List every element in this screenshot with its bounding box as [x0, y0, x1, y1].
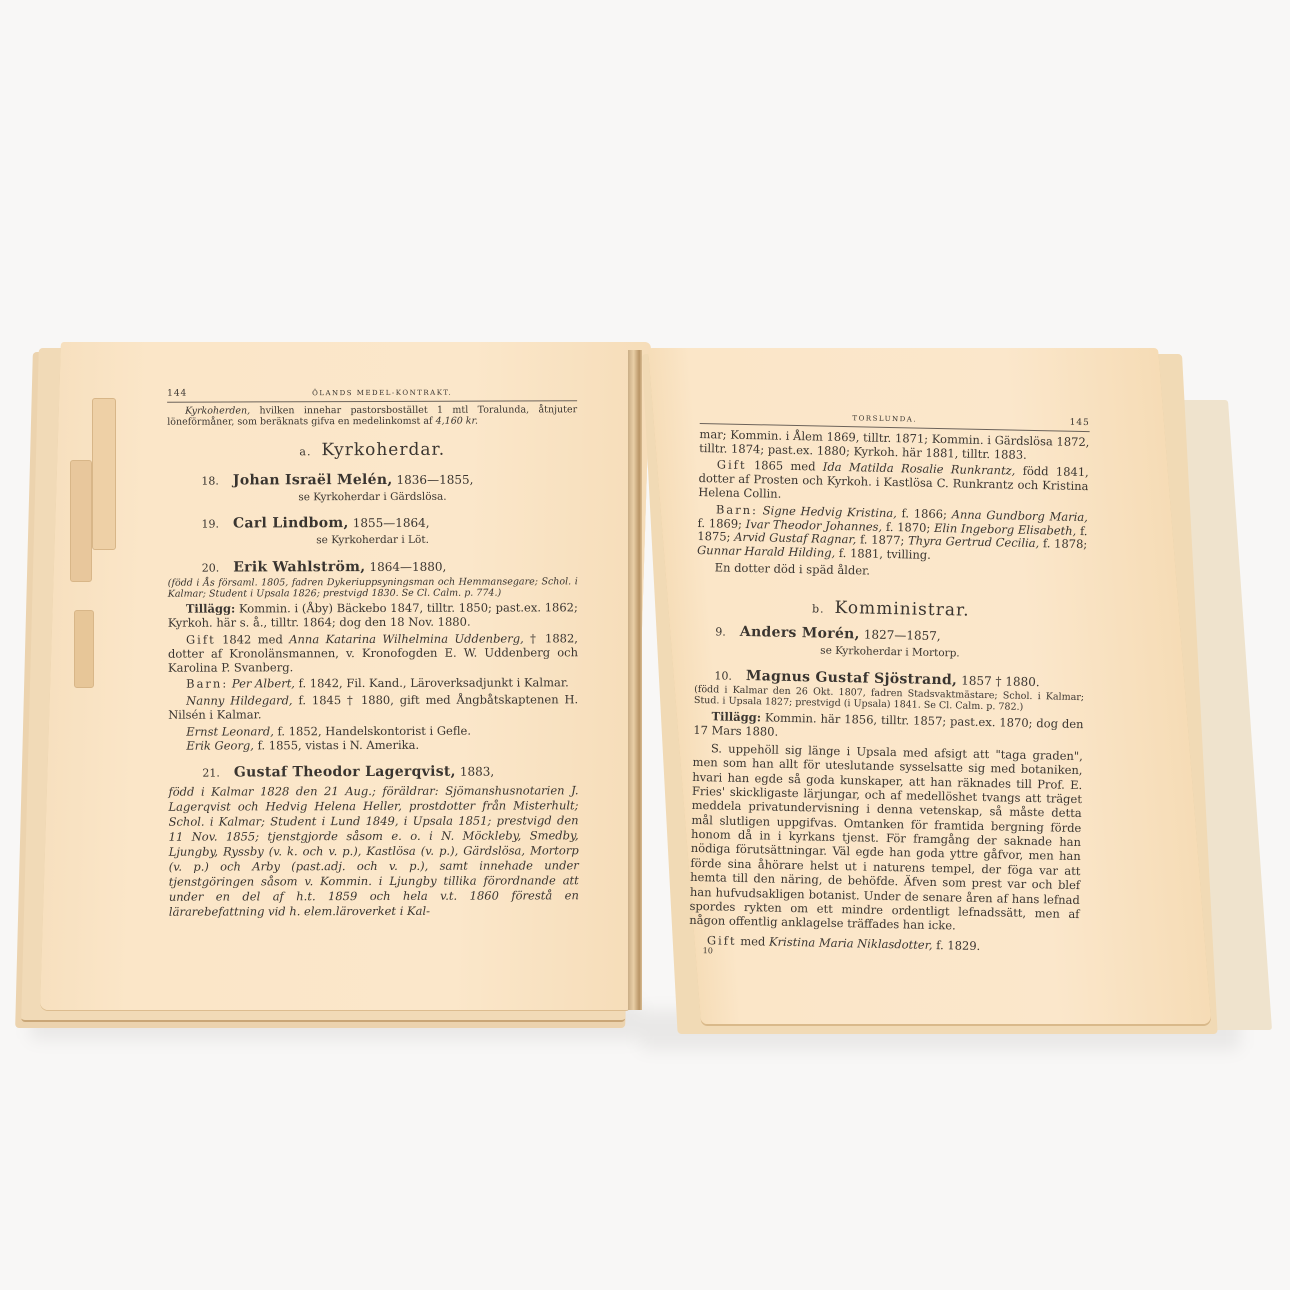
wife-name: Kristina Maria Niklasdotter, — [769, 934, 933, 951]
tillagg-label: Tillägg: — [186, 602, 236, 616]
child-text: f. 1878; — [1039, 537, 1087, 552]
left-page-text: 144 ÖLANDS MEDEL-KONTRAKT. Kyrkoherden, … — [167, 387, 579, 922]
child-entry: Nanny Hildegard, f. 1845 † 1880, gift me… — [168, 694, 578, 723]
entry-name: Anders Morén, — [740, 624, 860, 643]
gift-text: 1842 med — [216, 632, 290, 646]
entry-biography: född i Kalmar 1828 den 21 Aug.; föräldra… — [168, 784, 578, 920]
entry-heading: 20.Erik Wahlström,1864—1880, — [168, 558, 578, 576]
entry-years: 1836—1855, — [396, 473, 473, 487]
entry-heading: 19.Carl Lindbom,1855—1864, — [168, 515, 578, 533]
left-running-head: 144 ÖLANDS MEDEL-KONTRAKT. — [167, 387, 577, 402]
child-text: f. 1881, tvilling. — [835, 546, 931, 562]
tillagg-paragraph: Tillägg: Kommin. här 1856, tilltr. 1857;… — [693, 710, 1083, 746]
right-page-text: TORSLUNDA. 145 mar; Kommin. i Ålem 1869,… — [689, 410, 1090, 964]
child-text: f. 1869; — [697, 516, 745, 531]
page-number: 144 — [167, 389, 187, 400]
child-text: f. 1852, Handelskontorist i Gefle. — [274, 723, 471, 738]
entry-years: 1827—1857, — [864, 628, 941, 644]
entry-name: Erik Wahlström, — [233, 559, 365, 575]
marriage-paragraph: Gift 1865 med Ida Matilda Rosalie Runkra… — [698, 458, 1089, 508]
gift-text: f. 1829. — [932, 938, 980, 953]
gift-label: Gift — [717, 458, 747, 473]
child-text: f. 1870; — [882, 519, 934, 534]
intro-amount: 4,160 kr. — [436, 415, 479, 426]
gift-text: med — [737, 934, 770, 949]
child-entry: Erik Georg, f. 1855, vistas i N. Amerika… — [168, 738, 578, 753]
entry-cross-reference: se Kyrkoherdar i Löt. — [168, 534, 578, 548]
entry-name: Johan Israël Melén, — [233, 472, 393, 489]
child-name: Ernst Leonard, — [186, 724, 274, 738]
entry-number: 19. — [202, 518, 220, 531]
entry-years: 1855—1864, — [353, 516, 430, 530]
entry-number: 9. — [715, 626, 726, 639]
section-letter: b. — [812, 602, 825, 615]
wife-name: Anna Katarina Wilhelmina Uddenberg, — [289, 632, 524, 647]
section-letter: a. — [299, 445, 311, 458]
entry-heading: 21.Gustaf Theodor Lagerqvist,1883, — [168, 764, 578, 782]
section-title: Kyrkoherdar. — [321, 439, 445, 459]
entry-biography: (född i Ås församl. 1805, fadren Dykeriu… — [168, 577, 578, 600]
child-text: f. 1842, Fil. Kand., Läroverksadjunkt i … — [295, 676, 569, 691]
entry-number: 18. — [201, 475, 219, 488]
running-title: TORSLUNDA. — [852, 414, 917, 424]
entry-name: Carl Lindbom, — [233, 516, 349, 532]
running-title: ÖLANDS MEDEL-KONTRAKT. — [312, 389, 452, 398]
child-name: Nanny Hildegard, — [186, 694, 292, 708]
entry-heading: 18.Johan Israël Melén,1836—1855, — [167, 471, 577, 489]
entry-name: Gustaf Theodor Lagerqvist, — [234, 764, 456, 781]
intro-paragraph: Kyrkoherden, hvilken innehar pastorsbost… — [167, 405, 577, 428]
entry-cross-reference: se Kyrkoherdar i Gärdslösa. — [167, 490, 577, 504]
entry-number: 20. — [202, 561, 220, 574]
entry-number: 21. — [202, 767, 220, 780]
section-title: Komministrar. — [834, 598, 969, 621]
entry-years: 1864—1880, — [369, 560, 446, 574]
child-text: f. 1877; — [856, 533, 908, 548]
marriage-paragraph: Gift 1842 med Anna Katarina Wilhelmina U… — [168, 632, 578, 675]
child-text: f. 1866; — [897, 506, 952, 521]
section-heading: b.Komministrar. — [696, 595, 1086, 624]
section-heading: a.Kyrkoherdar. — [167, 439, 577, 461]
tillagg-paragraph: Tillägg: Kommin. i (Åby) Bäckebo 1847, t… — [168, 602, 578, 631]
torn-page-edges — [70, 390, 130, 690]
child-name: Gunnar Harald Hilding, — [697, 543, 835, 560]
entry-number: 10. — [714, 669, 732, 682]
barn-label: Barn: — [716, 502, 758, 517]
tillagg-label: Tillägg: — [711, 709, 761, 724]
gift-label: Gift — [186, 633, 216, 647]
entry-years: 1883, — [460, 765, 494, 779]
entry-years: 1857 † 1880. — [961, 673, 1040, 689]
barn-label: Barn: — [186, 677, 228, 691]
children-paragraph: Barn: Per Albert, f. 1842, Fil. Kand., L… — [168, 677, 578, 692]
page-number: 145 — [1070, 418, 1090, 429]
narrative-paragraph: S. uppehöll sig länge i Upsala med afsig… — [689, 741, 1083, 936]
intro-italic: Kyrkoherden, — [185, 405, 250, 416]
gift-label: Gift — [707, 933, 737, 948]
book-spine — [628, 350, 642, 1010]
child-name: Per Albert, — [232, 677, 295, 691]
children-paragraph: Barn: Signe Hedvig Kristina, f. 1866; An… — [697, 503, 1088, 566]
child-name: Erik Georg, — [186, 738, 254, 752]
child-text: f. 1855, vistas i N. Amerika. — [254, 737, 419, 752]
entry-name: Magnus Gustaf Sjöstrand, — [746, 668, 958, 688]
